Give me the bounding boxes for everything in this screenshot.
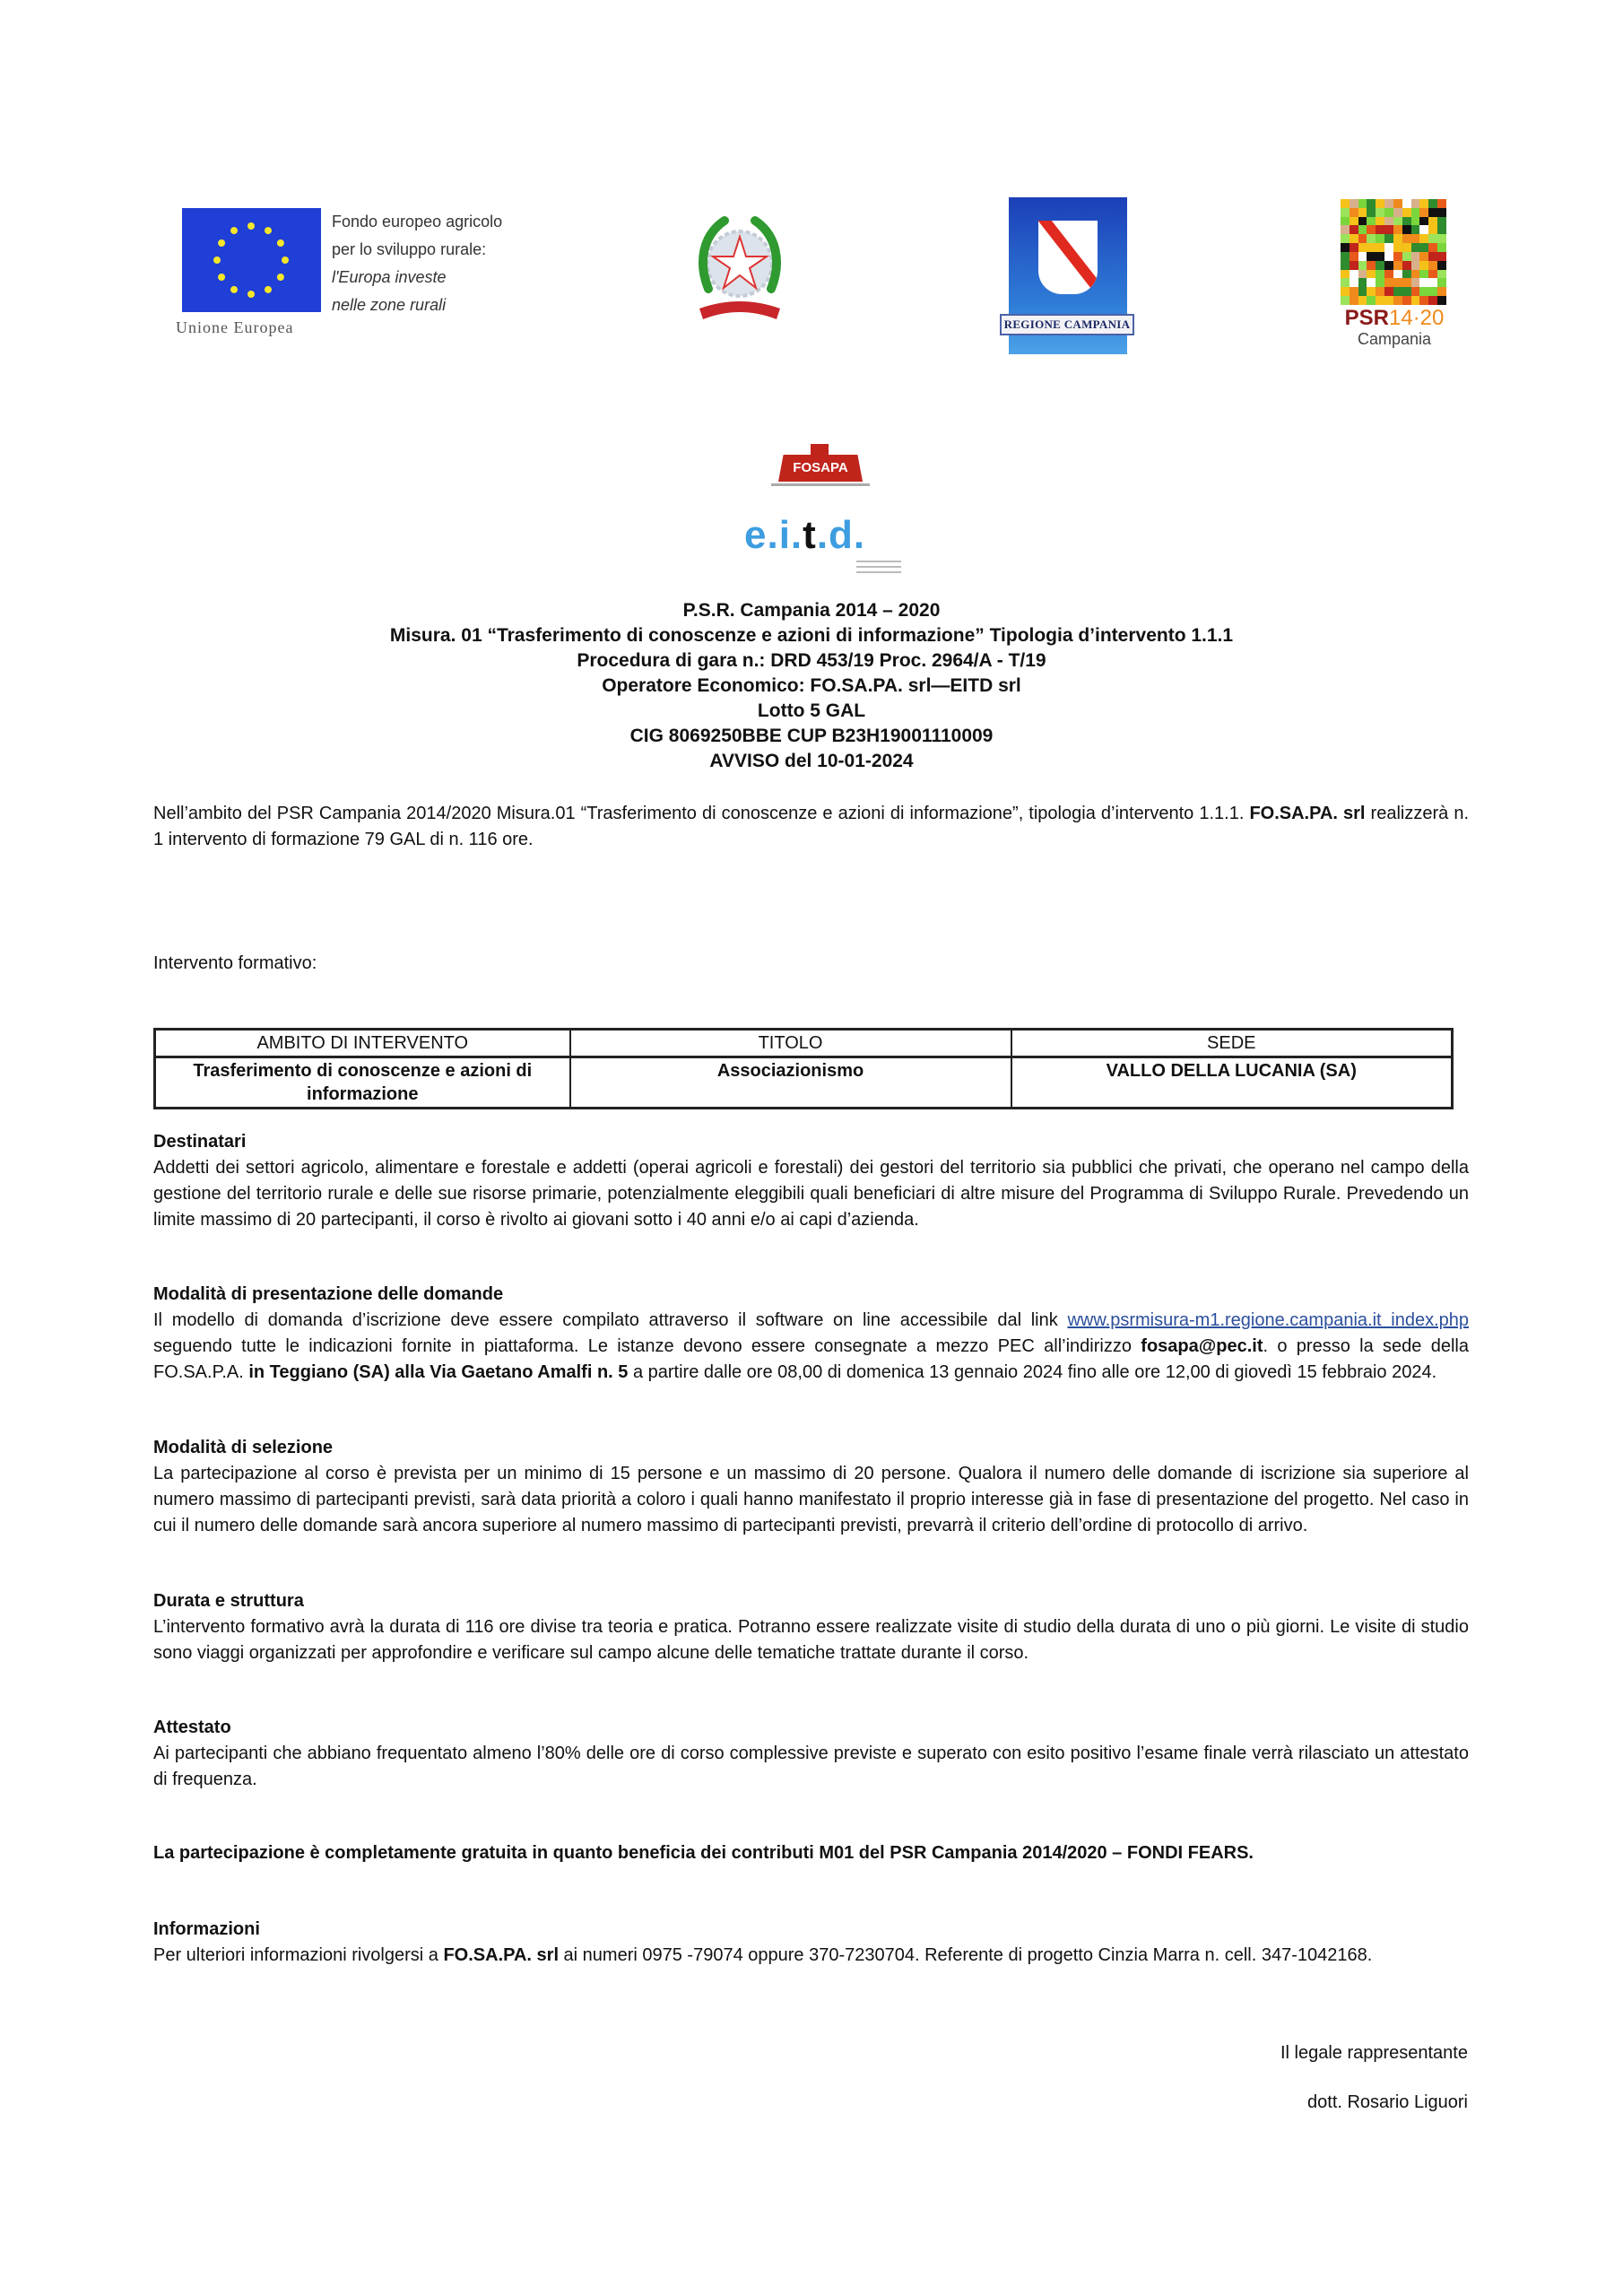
section-title: Informazioni [153,1917,1469,1943]
psr-mosaic-icon [1341,199,1446,305]
table-header-row: AMBITO DI INTERVENTO TITOLO SEDE [155,1030,1453,1057]
column-header: SEDE [1011,1030,1453,1057]
eitd-subtitle [856,561,901,573]
eitd-logo: e.i.t.d. [744,513,865,558]
column-header: AMBITO DI INTERVENTO [155,1030,570,1057]
section-destinatari: Destinatari Addetti dei settori agricolo… [153,1129,1469,1233]
document-header: P.S.R. Campania 2014 – 2020 Misura. 01 “… [0,598,1623,774]
header-line: CIG 8069250BBE CUP B23H19001110009 [0,724,1623,749]
eu-logo-caption: Unione Europea [176,318,328,337]
intro-paragraph: Nell’ambito del PSR Campania 2014/2020 M… [153,801,1469,853]
header-line: Operatore Economico: FO.SA.PA. srl—EITD … [0,674,1623,699]
campania-shield-icon [1038,221,1098,294]
eu-fund-text: Fondo europeo agricolo per lo sviluppo r… [332,208,565,319]
section-attestato: Attestato Ai partecipanti che abbiano fr… [153,1715,1469,1793]
eu-stars-icon [182,208,321,312]
pec-email: fosapa@pec.it [1141,1336,1263,1356]
application-link[interactable]: www.psrmisura-m1.regione.campania.it ind… [1067,1310,1469,1330]
section-title: Durata e struttura [153,1588,1469,1614]
eu-flag-logo [182,208,321,312]
course-label: Intervento formativo: [153,953,317,974]
section-selezione: Modalità di selezione La partecipazione … [153,1435,1469,1539]
column-header: TITOLO [570,1030,1011,1057]
table-cell: Trasferimento di conoscenze e azioni di … [155,1057,570,1109]
header-line: P.S.R. Campania 2014 – 2020 [0,598,1623,623]
castle-icon [811,444,829,457]
section-title: Modalità di presentazione delle domande [153,1282,1469,1308]
free-participation-note: La partecipazione è completamente gratui… [153,1840,1469,1866]
signature-role: Il legale rappresentante [1166,2043,1468,2064]
section-durata: Durata e struttura L’intervento formativ… [153,1588,1469,1666]
section-presentazione: Modalità di presentazione delle domande … [153,1282,1469,1386]
header-line: Procedura di gara n.: DRD 453/19 Proc. 2… [0,648,1623,674]
signature-name: dott. Rosario Liguori [1166,2092,1468,2113]
course-table: AMBITO DI INTERVENTO TITOLO SEDE Trasfer… [153,1028,1454,1109]
header-line: Lotto 5 GAL [0,699,1623,724]
section-title: Destinatari [153,1129,1469,1155]
section-title: Modalità di selezione [153,1435,1469,1461]
header-line: Misura. 01 “Trasferimento di conoscenze … [0,623,1623,648]
repubblica-italiana-emblem-icon [690,208,789,334]
section-informazioni: Informazioni Per ulteriori informazioni … [153,1917,1469,1969]
regione-campania-logo: REGIONE CAMPANIA [1009,197,1127,354]
table-cell: Associazionismo [570,1057,1011,1109]
fosapa-logo: FOSAPA [771,444,870,489]
table-row: Trasferimento di conoscenze e azioni di … [155,1057,1453,1109]
psr-logo-label: PSR14·20 Campania [1336,308,1453,347]
header-line: AVVISO del 10-01-2024 [0,749,1623,774]
table-cell: VALLO DELLA LUCANIA (SA) [1011,1057,1453,1109]
section-title: Attestato [153,1715,1469,1741]
